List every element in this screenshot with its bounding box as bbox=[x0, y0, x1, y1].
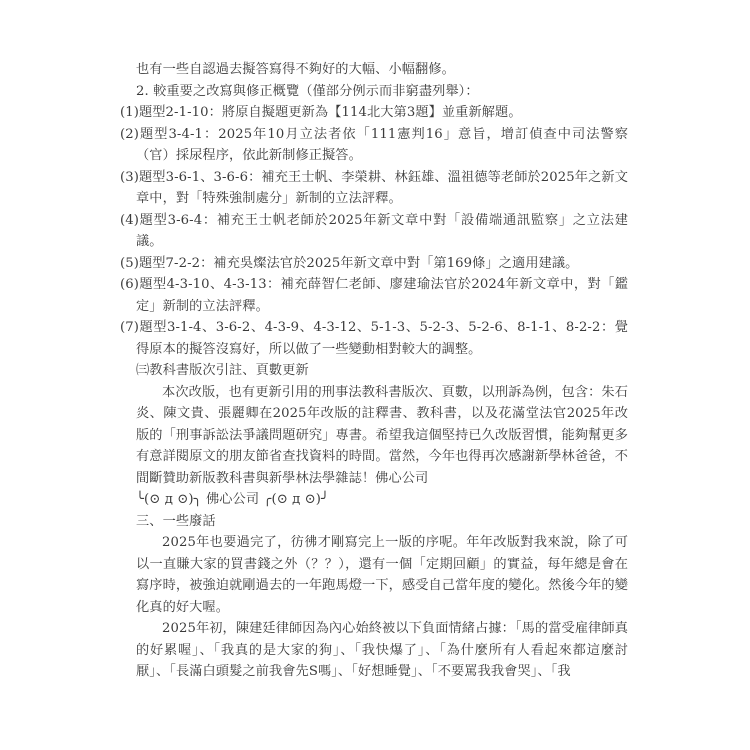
revision-item-6: (6)題型4-3-10、4-3-13：補充薛智仁老師、廖建瑜法官於2024年新文… bbox=[136, 274, 628, 317]
section-3-heading: ㈢教科書版次引註、頁數更新 bbox=[136, 360, 628, 382]
chapter-paragraph-2: 2025年初，陳建廷律師因為內心始終被以下負面情緒占據：「馬的當受雇律師真的好累… bbox=[136, 618, 628, 683]
revision-sub-list: (1)題型2-1-10：將原自擬題更新為【114北大第3題】並重新解題。 (2)… bbox=[136, 102, 628, 360]
section-3-paragraph: 本次改版，也有更新引用的刑事法教科書版次、頁數，以刑訴為例，包含：朱石炎、陳文貴… bbox=[136, 382, 628, 490]
revision-item-1: (1)題型2-1-10：將原自擬題更新為【114北大第3題】並重新解題。 bbox=[136, 102, 628, 124]
list-item-2-heading: 2. 較重要之改寫與修正概覽（僅部分例示而非窮盡列舉）： bbox=[136, 81, 628, 103]
document-page: 也有一些自認過去擬答寫得不夠好的大幅、小幅翻修。 2. 較重要之改寫與修正概覽（… bbox=[0, 0, 750, 750]
chapter-heading: 三、一些廢話 bbox=[136, 511, 628, 533]
chapter-paragraph-1: 2025年也要過完了，彷彿才剛寫完上一版的序呢。年年改版對我來說，除了可以一直賺… bbox=[136, 532, 628, 618]
kaomoji-line: ╰(⊙ д ⊙)╮ 佛心公司 ╭(⊙ д ⊙)╯ bbox=[136, 489, 628, 511]
revision-item-3: (3)題型3-6-1、3-6-6：補充王士帆、李榮耕、林鈺雄、溫祖德等老師於20… bbox=[136, 167, 628, 210]
list-item-1-continuation: 也有一些自認過去擬答寫得不夠好的大幅、小幅翻修。 bbox=[136, 59, 628, 81]
revision-item-4: (4)題型3-6-4：補充王士帆老師於2025年新文章中對「設備端通訊監察」之立… bbox=[136, 210, 628, 253]
page-text-block: 也有一些自認過去擬答寫得不夠好的大幅、小幅翻修。 2. 較重要之改寫與修正概覽（… bbox=[136, 59, 628, 683]
revision-item-5: (5)題型7-2-2：補充吳燦法官於2025年新文章中對「第169條」之適用建議… bbox=[136, 253, 628, 275]
revision-item-7: (7)題型3-1-4、3-6-2、4-3-9、4-3-12、5-1-3、5-2-… bbox=[136, 317, 628, 360]
revision-item-2: (2)題型3-4-1：2025年10月立法者依「111憲判16」意旨，增訂偵查中… bbox=[136, 124, 628, 167]
